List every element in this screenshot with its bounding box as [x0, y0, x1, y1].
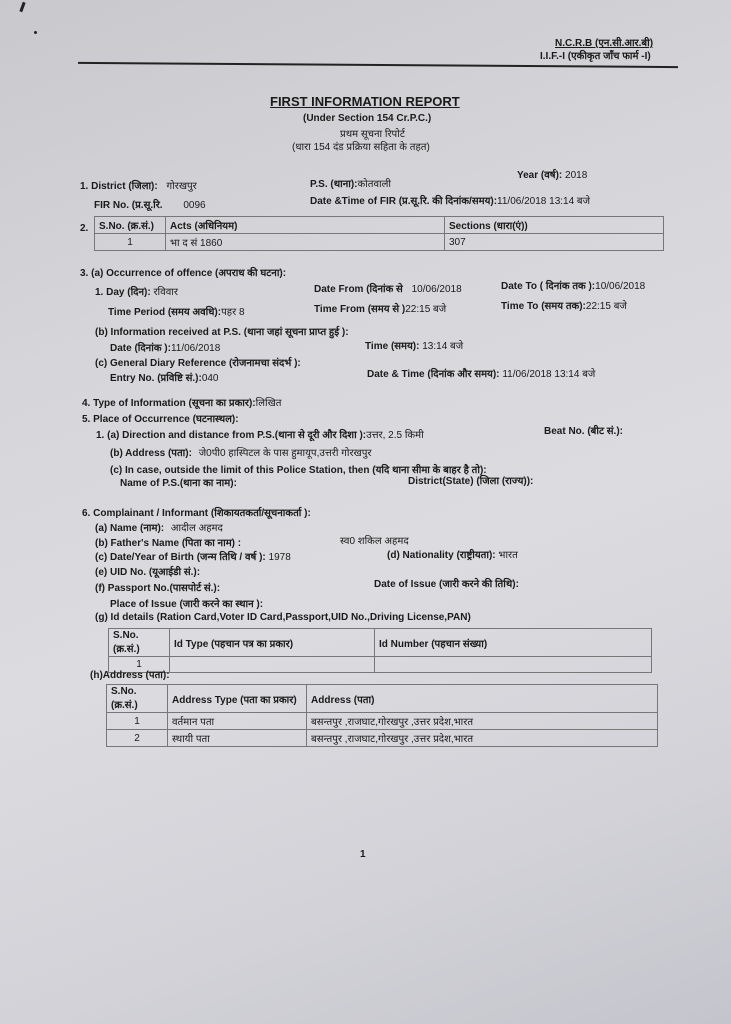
direction-value: उत्तर, 2.5 किमी — [366, 430, 424, 441]
iif-label: I.I.F.-I (एकीकृत जाँच फार्म -I) — [540, 48, 651, 62]
section5-heading: 5. Place of Occurrence (घटनास्थल): — [82, 411, 239, 425]
ps-value: कोतवाली — [358, 179, 392, 190]
header-sno: S.No. (क्र.सं.) — [95, 217, 166, 234]
gd-heading: (c) General Diary Reference (रोजनामचा सं… — [95, 355, 301, 369]
passport-label: (f) Passport No.(पासपोर्ट सं.): — [95, 580, 220, 594]
info-time-field: Time (समय): 13:14 बजे — [365, 338, 463, 352]
id-table-header: S.No.(क्र.सं.) Id Type (पहचान पत्र का प्… — [109, 629, 652, 657]
date-from-value: 10/06/2018 — [412, 284, 462, 295]
type-info-label: 4. Type of Information (सूचना का प्रकार)… — [82, 398, 256, 409]
occurrence-address-label: (b) Address (पता): — [110, 448, 192, 459]
title-sub-hindi: प्रथम सूचना रिपोर्ट — [340, 126, 405, 140]
nationality-label: (d) Nationality (राष्ट्रीयता): — [387, 550, 496, 561]
entry-no-field: Entry No. (प्रविष्टि सं.):040 — [110, 370, 219, 384]
district-label: 1. District (जिला): — [80, 181, 158, 192]
district-field: 1. District (जिला): गोरखपुर — [80, 178, 197, 192]
pen-mark — [19, 2, 25, 12]
entry-no-value: 040 — [202, 373, 219, 384]
year-value: 2018 — [565, 170, 587, 181]
date-to-label: Date To ( दिनांक तक ): — [501, 281, 595, 292]
time-period-field: Time Period (समय अवधि):पहर 8 — [108, 304, 245, 318]
page-title: FIRST INFORMATION REPORT — [270, 94, 460, 109]
header-sno: S.No.(क्र.सं.) — [109, 629, 170, 657]
time-to-value: 22:15 बजे — [586, 301, 627, 312]
info-date-value: 11/06/2018 — [171, 343, 220, 354]
dob-field: (c) Date/Year of Birth (जन्म तिथि / वर्ष… — [95, 549, 291, 563]
uid-label: (e) UID No. (यूआईडी सं.): — [95, 564, 200, 578]
header-sno: S.No.(क्र.सं.) — [107, 685, 168, 713]
time-from-value: 22:15 बजे — [405, 304, 446, 315]
gd-datetime-label: Date & Time (दिनांक और समय): — [367, 369, 500, 380]
page-number: 1 — [360, 849, 366, 860]
address-table: S.No.(क्र.सं.) Address Type (पता का प्रक… — [106, 684, 658, 747]
complainant-name-value: आदील अहमद — [171, 523, 223, 534]
father-name-label: (b) Father's Name (पिता का नाम) : — [95, 538, 241, 549]
acts-table-header: S.No. (क्र.सं.) Acts (अधिनियम) Sections … — [95, 217, 664, 234]
father-name-value: स्व0 शकिल अहमद — [340, 533, 409, 547]
info-date-field: Date (दिनांक ):11/06/2018 — [110, 340, 220, 354]
info-date-label: Date (दिनांक ): — [110, 343, 171, 354]
address-heading: (h)Address (पता): — [90, 667, 170, 681]
occurrence-address-value: जे0पी0 हास्पिटल के पास हुमायूप,उत्तरी गो… — [199, 448, 372, 459]
year-label: Year (वर्ष): — [517, 170, 562, 181]
place-of-issue-label: Place of Issue (जारी करने का स्थान ): — [110, 596, 263, 610]
section2-number: 2. — [80, 223, 88, 234]
ncrb-label: N.C.R.B (एन.सी.आर.बी) — [555, 35, 653, 49]
header-id-type: Id Type (पहचान पत्र का प्रकार) — [170, 629, 375, 657]
address-table-header: S.No.(क्र.सं.) Address Type (पता का प्रक… — [107, 685, 658, 713]
complainant-name-field: (a) Name (नाम): आदील अहमद — [95, 520, 223, 534]
info-time-label: Time (समय): — [365, 341, 419, 352]
fir-datetime-value: 11/06/2018 13:14 बजे — [497, 196, 590, 207]
table-row: 1 वर्तमान पता बसन्तपुर ,राजघाट,गोरखपुर ,… — [107, 713, 658, 730]
dot-mark — [34, 31, 37, 34]
day-field: 1. Day (दिन): रविवार — [95, 284, 178, 298]
ps-field: P.S. (थाना):कोतवाली — [310, 176, 391, 190]
date-to-field: Date To ( दिनांक तक ):10/06/2018 — [501, 278, 645, 292]
district-value: गोरखपुर — [167, 181, 197, 192]
type-info-value: लिखित — [256, 398, 282, 409]
fir-datetime-field: Date &Time of FIR (प्र.सू.रि. की दिनांक/… — [310, 193, 590, 207]
cell-address-type: वर्तमान पता — [168, 713, 307, 730]
id-details-table: S.No.(क्र.सं.) Id Type (पहचान पत्र का प्… — [108, 628, 652, 673]
other-ps-name-label: Name of P.S.(थाना का नाम): — [120, 475, 237, 489]
header-id-number: Id Number (पहचान संख्या) — [375, 629, 652, 657]
time-period-value: पहर 8 — [221, 307, 244, 318]
cell-sno: 1 — [107, 713, 168, 730]
ps-label: P.S. (थाना): — [310, 179, 358, 190]
date-to-value: 10/06/2018 — [595, 281, 645, 292]
header-sections: Sections (धारा(एं)) — [445, 217, 664, 234]
cell-sno: 2 — [107, 730, 168, 747]
fir-no-field: FIR No. (प्र.सू.रि. 0096 — [94, 197, 206, 211]
info-time-value: 13:14 बजे — [422, 341, 463, 352]
time-to-field: Time To (समय तक):22:15 बजे — [501, 298, 627, 312]
cell-act: भा द सं 1860 — [166, 234, 445, 251]
cell-address-type: स्थायी पता — [168, 730, 307, 747]
table-row: 1 भा द सं 1860 307 — [95, 234, 664, 251]
title-sub-section: (Under Section 154 Cr.P.C.) — [303, 113, 431, 124]
day-value: रविवार — [153, 287, 177, 298]
date-from-label: Date From (दिनांक से — [314, 284, 403, 295]
header-acts: Acts (अधिनियम) — [166, 217, 445, 234]
father-name-field: (b) Father's Name (पिता का नाम) : — [95, 535, 241, 549]
year-field: Year (वर्ष): 2018 — [517, 167, 587, 181]
gd-datetime-field: Date & Time (दिनांक और समय): 11/06/2018 … — [367, 366, 595, 380]
date-of-issue-label: Date of Issue (जारी करने की तिथि): — [374, 576, 519, 590]
nationality-value: भारत — [498, 550, 517, 561]
fir-datetime-label: Date &Time of FIR (प्र.सू.रि. की दिनांक/… — [310, 196, 497, 207]
info-received-heading: (b) Information received at P.S. (थाना ज… — [95, 324, 349, 338]
id-details-label: (g) Id details (Ration Card,Voter ID Car… — [95, 612, 471, 623]
section3-heading: 3. (a) Occurrence of offence (अपराध की घ… — [80, 265, 286, 279]
entry-no-label: Entry No. (प्रविष्टि सं.): — [110, 373, 202, 384]
time-period-label: Time Period (समय अवधि): — [108, 307, 221, 318]
acts-table: S.No. (क्र.सं.) Acts (अधिनियम) Sections … — [94, 216, 664, 251]
cell-address: बसन्तपुर ,राजघाट,गोरखपुर ,उत्तर प्रदेश,भ… — [307, 713, 658, 730]
header-address: Address (पता) — [307, 685, 658, 713]
cell-sno: 1 — [95, 234, 166, 251]
table-row: 2 स्थायी पता बसन्तपुर ,राजघाट,गोरखपुर ,उ… — [107, 730, 658, 747]
date-from-field: Date From (दिनांक से 10/06/2018 — [314, 281, 462, 295]
direction-label: 1. (a) Direction and distance from P.S.(… — [96, 430, 366, 441]
cell-id-number — [375, 657, 652, 673]
fir-no-value: 0096 — [183, 200, 205, 211]
title-sub-section-hindi: (धारा 154 दंड प्रक्रिया सहिता के तहत) — [292, 139, 430, 153]
time-to-label: Time To (समय तक): — [501, 301, 586, 312]
table-row: 1 — [109, 657, 652, 673]
time-from-field: Time From (समय से )22:15 बजे — [314, 301, 446, 315]
dob-value: 1978 — [269, 552, 291, 563]
header-address-type: Address Type (पता का प्रकार) — [168, 685, 307, 713]
cell-address: बसन्तपुर ,राजघाट,गोरखपुर ,उत्तर प्रदेश,भ… — [307, 730, 658, 747]
complainant-name-label: (a) Name (नाम): — [95, 523, 164, 534]
district-state-label: District(State) (जिला (राज्य)): — [408, 473, 533, 487]
occurrence-address-field: (b) Address (पता): जे0पी0 हास्पिटल के पा… — [110, 445, 371, 459]
nationality-field: (d) Nationality (राष्ट्रीयता): भारत — [387, 547, 518, 561]
time-from-label: Time From (समय से ) — [314, 304, 405, 315]
beat-field: Beat No. (बीट सं.): — [544, 423, 623, 437]
fir-no-label: FIR No. (प्र.सू.रि. — [94, 200, 163, 211]
type-of-information: 4. Type of Information (सूचना का प्रकार)… — [82, 395, 281, 409]
beat-label: Beat No. (बीट सं.): — [544, 426, 623, 437]
cell-id-type — [170, 657, 375, 673]
section6-heading: 6. Complainant / Informant (शिकायतकर्ता/… — [82, 505, 311, 519]
cell-section: 307 — [445, 234, 664, 251]
day-label: 1. Day (दिन): — [95, 287, 151, 298]
header-rule — [78, 62, 678, 68]
direction-field: 1. (a) Direction and distance from P.S.(… — [96, 427, 424, 441]
dob-label: (c) Date/Year of Birth (जन्म तिथि / वर्ष… — [95, 552, 266, 563]
gd-datetime-value: 11/06/2018 13:14 बजे — [502, 369, 595, 380]
